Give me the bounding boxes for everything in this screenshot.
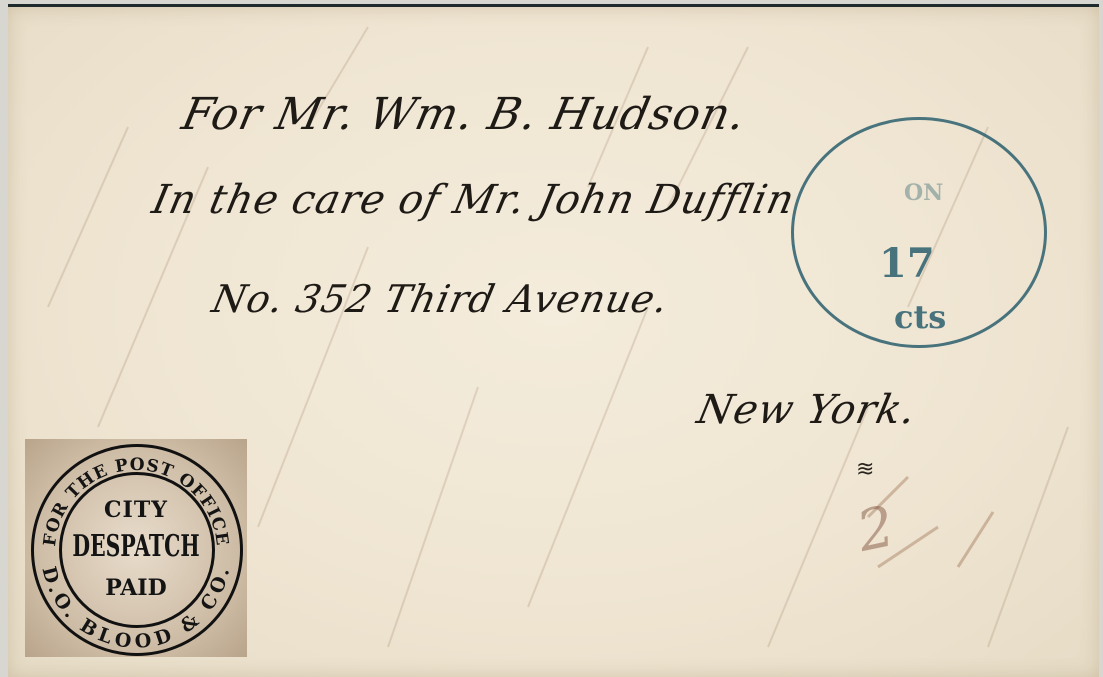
postmark-rate: cts xyxy=(894,298,946,336)
stamp-paid: PAID xyxy=(25,575,247,601)
stamp-city: CITY xyxy=(25,497,247,523)
stamp-despatch: DESPATCH xyxy=(61,529,212,564)
city-despatch-stamp: FOR THE POST OFFICE D.O. BLOOD & CO. CIT… xyxy=(25,439,247,657)
address-line-recipient: For Mr. Wm. B. Hudson. xyxy=(178,89,751,140)
flourish-mark: ≋ xyxy=(856,457,874,482)
circular-postmark: ON 17 cts xyxy=(791,117,1047,348)
address-line-care-of: In the care of Mr. John Dufflin xyxy=(148,177,799,223)
address-line-city: New York. xyxy=(693,387,920,433)
address-line-street: No. 352 Third Avenue. xyxy=(208,277,673,321)
letter-cover: For Mr. Wm. B. Hudson. In the care of Mr… xyxy=(8,4,1099,677)
docket-notation: 2 xyxy=(852,494,900,565)
postmark-day: 17 xyxy=(879,240,935,287)
postmark-rim-text: ON xyxy=(904,180,943,206)
